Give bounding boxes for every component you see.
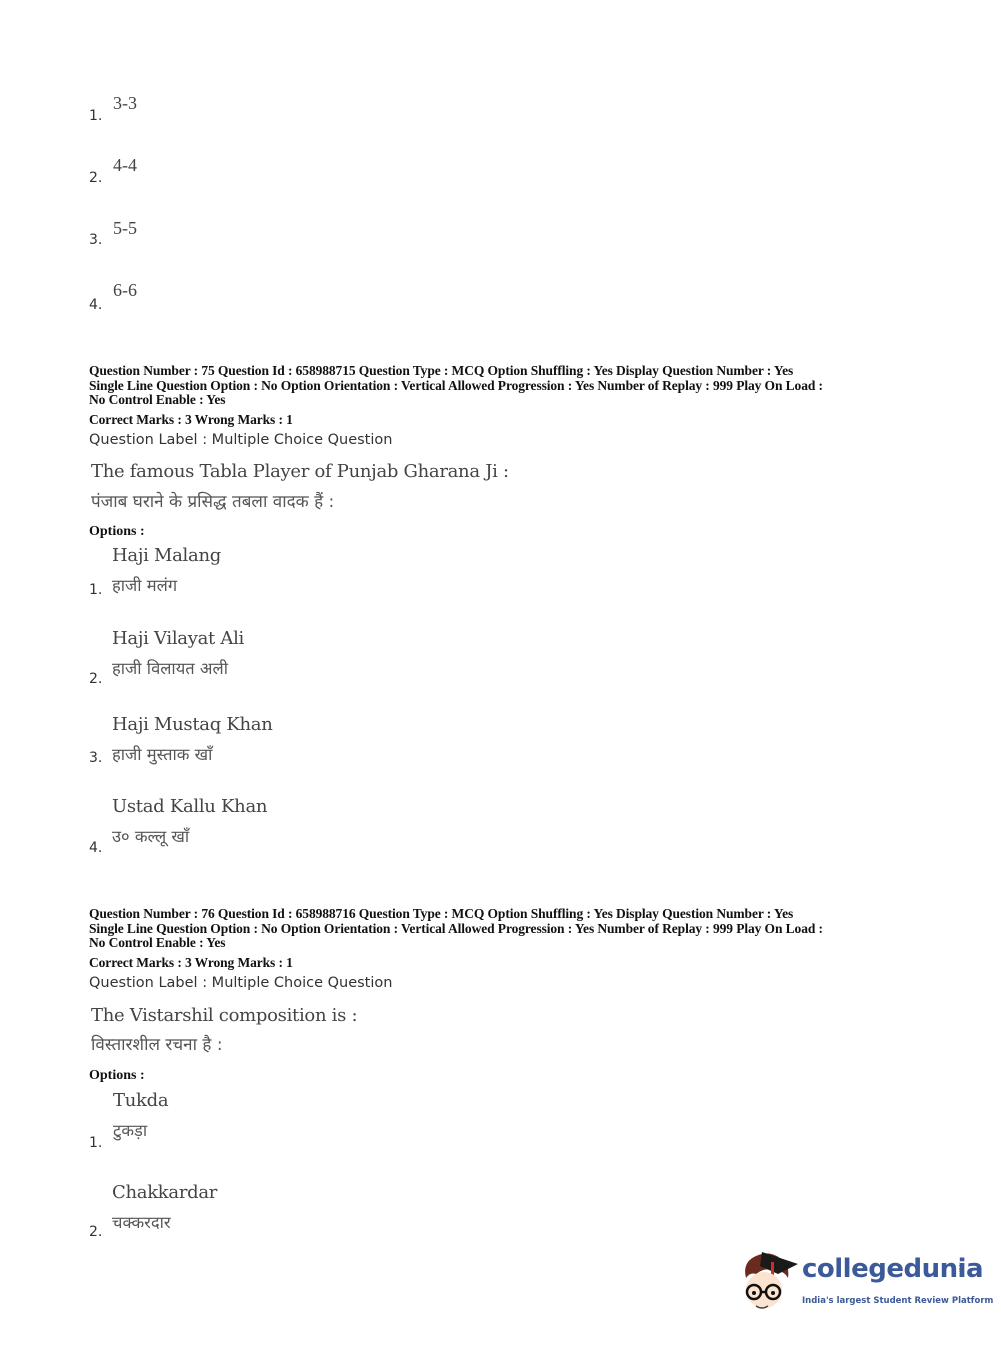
option-text-english: Tukda [113, 1090, 168, 1111]
question-marks: Correct Marks : 3 Wrong Marks : 1 [89, 956, 293, 971]
question-label: Question Label : Multiple Choice Questio… [89, 432, 392, 448]
option-value: 6-6 [113, 280, 137, 301]
option-number: 4. [89, 840, 102, 856]
option-value: 3-3 [113, 93, 137, 114]
option-text-hindi: हाजी मुस्ताक खाँ [112, 742, 212, 765]
option-number: 3. [89, 750, 102, 766]
mascot-icon [740, 1248, 800, 1318]
option-text-hindi: चक्करदार [112, 1210, 171, 1233]
option-number: 4. [89, 297, 102, 313]
question-meta-line: No Control Enable : Yes [89, 393, 225, 408]
option-text-hindi: टुकड़ा [113, 1118, 147, 1141]
option-number: 1. [89, 582, 102, 598]
question-meta-line: Question Number : 76 Question Id : 65898… [89, 907, 793, 922]
option-text-hindi: हाजी विलायत अली [112, 656, 228, 679]
option-number: 2. [89, 1224, 102, 1240]
option-text-english: Haji Malang [112, 545, 221, 566]
option-text-hindi: हाजी मलंग [112, 573, 177, 596]
collegedunia-logo: collegedunia .com India's largest Studen… [740, 1248, 975, 1318]
question-marks: Correct Marks : 3 Wrong Marks : 1 [89, 413, 293, 428]
question-text-english: The Vistarshil composition is : [91, 1005, 357, 1026]
question-text-hindi: पंजाब घराने के प्रसिद्ध तबला वादक हैं : [91, 489, 334, 512]
question-label: Question Label : Multiple Choice Questio… [89, 975, 392, 991]
question-meta-line: No Control Enable : Yes [89, 936, 225, 951]
option-text-english: Ustad Kallu Khan [112, 796, 267, 817]
question-text-english: The famous Tabla Player of Punjab Gharan… [91, 461, 509, 482]
option-number: 2. [89, 170, 102, 186]
logo-tagline: India's largest Student Review Platform [802, 1296, 993, 1306]
option-value: 5-5 [113, 218, 137, 239]
logo-domain-suffix: .com [957, 1262, 964, 1277]
option-number: 1. [89, 108, 102, 124]
option-number: 1. [89, 1135, 102, 1151]
question-text-hindi: विस्तारशील रचना है : [91, 1032, 223, 1055]
question-meta-line: Question Number : 75 Question Id : 65898… [89, 364, 793, 379]
option-text-hindi: उ० कल्लू खाँ [112, 824, 189, 847]
option-number: 2. [89, 671, 102, 687]
options-heading: Options : [89, 524, 145, 540]
option-value: 4-4 [113, 155, 137, 176]
options-heading: Options : [89, 1068, 145, 1084]
option-text-english: Haji Vilayat Ali [112, 628, 244, 649]
option-text-english: Chakkardar [112, 1182, 217, 1203]
logo-brand-text: collegedunia [802, 1254, 983, 1284]
option-text-english: Haji Mustaq Khan [112, 714, 273, 735]
option-number: 3. [89, 232, 102, 248]
